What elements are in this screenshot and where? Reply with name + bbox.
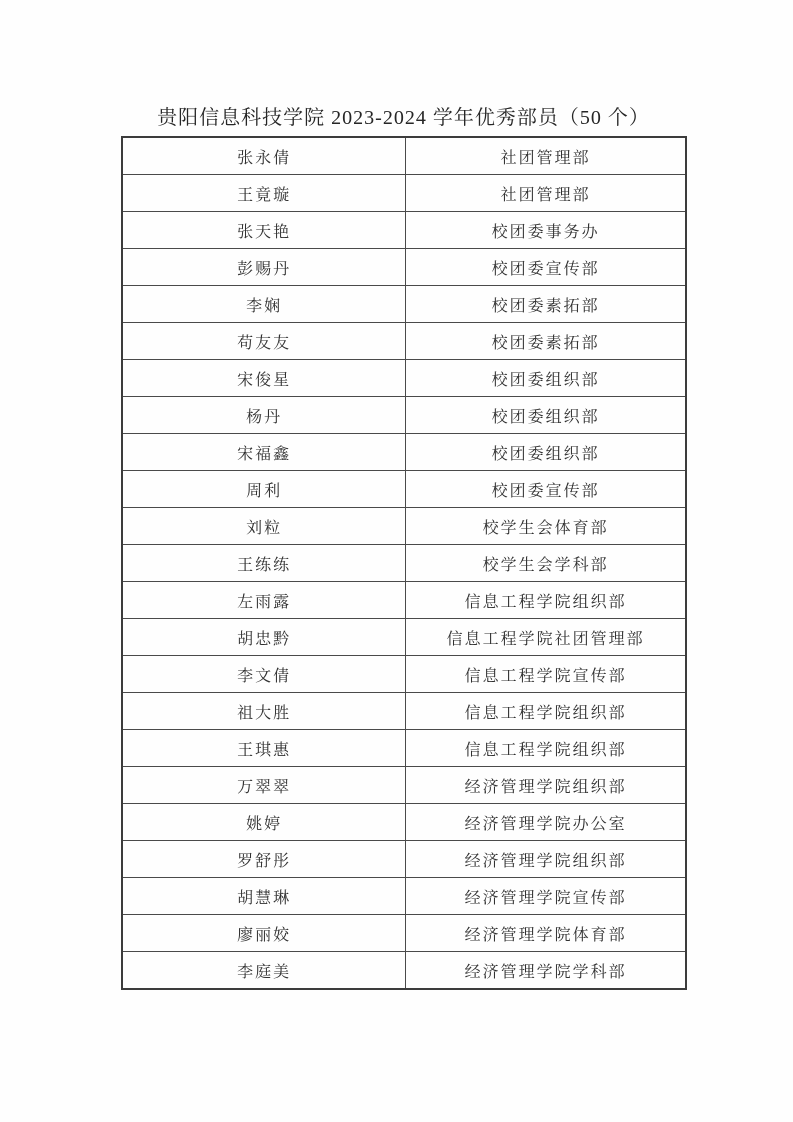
member-department-cell: 校学生会学科部 (406, 545, 686, 582)
table-row: 胡慧琳 经济管理学院宣传部 (122, 878, 686, 915)
member-department-cell: 校团委组织部 (406, 434, 686, 471)
member-name-cell: 李庭美 (122, 952, 406, 990)
member-department-cell: 经济管理学院学科部 (406, 952, 686, 990)
table-row: 万翠翠 经济管理学院组织部 (122, 767, 686, 804)
member-name-cell: 宋福鑫 (122, 434, 406, 471)
member-name-cell: 宋俊星 (122, 360, 406, 397)
member-name-cell: 罗舒彤 (122, 841, 406, 878)
member-department-cell: 社团管理部 (406, 137, 686, 175)
member-department-cell: 信息工程学院组织部 (406, 730, 686, 767)
member-department-cell: 校团委组织部 (406, 360, 686, 397)
table-row: 李文倩 信息工程学院宣传部 (122, 656, 686, 693)
member-department-cell: 社团管理部 (406, 175, 686, 212)
member-department-cell: 校团委宣传部 (406, 471, 686, 508)
member-department-cell: 校学生会体育部 (406, 508, 686, 545)
members-table: 张永倩 社团管理部 王竟璇 社团管理部 张天艳 校团委事务办 彭赐丹 校团委宣传… (121, 136, 687, 990)
member-name-cell: 王竟璇 (122, 175, 406, 212)
member-department-cell: 校团委组织部 (406, 397, 686, 434)
table-row: 廖丽姣 经济管理学院体育部 (122, 915, 686, 952)
member-name-cell: 姚婷 (122, 804, 406, 841)
document-title: 贵阳信息科技学院 2023-2024 学年优秀部员（50 个） (120, 101, 687, 130)
member-department-cell: 校团委宣传部 (406, 249, 686, 286)
member-department-cell: 经济管理学院组织部 (406, 767, 686, 804)
table-row: 苟友友 校团委素拓部 (122, 323, 686, 360)
member-department-cell: 校团委素拓部 (406, 323, 686, 360)
table-row: 李娴 校团委素拓部 (122, 286, 686, 323)
member-name-cell: 左雨露 (122, 582, 406, 619)
table-row: 张永倩 社团管理部 (122, 137, 686, 175)
table-row: 王竟璇 社团管理部 (122, 175, 686, 212)
member-name-cell: 彭赐丹 (122, 249, 406, 286)
table-row: 宋福鑫 校团委组织部 (122, 434, 686, 471)
member-name-cell: 周利 (122, 471, 406, 508)
member-name-cell: 李文倩 (122, 656, 406, 693)
member-department-cell: 信息工程学院组织部 (406, 582, 686, 619)
member-department-cell: 校团委事务办 (406, 212, 686, 249)
table-row: 刘粒 校学生会体育部 (122, 508, 686, 545)
table-row: 彭赐丹 校团委宣传部 (122, 249, 686, 286)
member-name-cell: 胡慧琳 (122, 878, 406, 915)
member-name-cell: 胡忠黔 (122, 619, 406, 656)
table-row: 周利 校团委宣传部 (122, 471, 686, 508)
table-row: 左雨露 信息工程学院组织部 (122, 582, 686, 619)
member-name-cell: 杨丹 (122, 397, 406, 434)
table-row: 祖大胜 信息工程学院组织部 (122, 693, 686, 730)
table-row: 王练练 校学生会学科部 (122, 545, 686, 582)
member-name-cell: 祖大胜 (122, 693, 406, 730)
table-row: 王琪惠 信息工程学院组织部 (122, 730, 686, 767)
member-department-cell: 信息工程学院宣传部 (406, 656, 686, 693)
document-page: 贵阳信息科技学院 2023-2024 学年优秀部员（50 个） 张永倩 社团管理… (0, 0, 793, 1122)
table-row: 张天艳 校团委事务办 (122, 212, 686, 249)
table-row: 宋俊星 校团委组织部 (122, 360, 686, 397)
member-name-cell: 张永倩 (122, 137, 406, 175)
member-department-cell: 信息工程学院社团管理部 (406, 619, 686, 656)
members-table-body: 张永倩 社团管理部 王竟璇 社团管理部 张天艳 校团委事务办 彭赐丹 校团委宣传… (122, 137, 686, 989)
member-name-cell: 王练练 (122, 545, 406, 582)
table-row: 罗舒彤 经济管理学院组织部 (122, 841, 686, 878)
member-name-cell: 万翠翠 (122, 767, 406, 804)
member-department-cell: 经济管理学院体育部 (406, 915, 686, 952)
member-name-cell: 李娴 (122, 286, 406, 323)
member-department-cell: 经济管理学院宣传部 (406, 878, 686, 915)
table-row: 姚婷 经济管理学院办公室 (122, 804, 686, 841)
table-row: 胡忠黔 信息工程学院社团管理部 (122, 619, 686, 656)
table-row: 杨丹 校团委组织部 (122, 397, 686, 434)
member-name-cell: 刘粒 (122, 508, 406, 545)
member-name-cell: 苟友友 (122, 323, 406, 360)
table-row: 李庭美 经济管理学院学科部 (122, 952, 686, 990)
member-name-cell: 廖丽姣 (122, 915, 406, 952)
member-department-cell: 校团委素拓部 (406, 286, 686, 323)
member-department-cell: 信息工程学院组织部 (406, 693, 686, 730)
member-name-cell: 张天艳 (122, 212, 406, 249)
member-department-cell: 经济管理学院办公室 (406, 804, 686, 841)
member-name-cell: 王琪惠 (122, 730, 406, 767)
member-department-cell: 经济管理学院组织部 (406, 841, 686, 878)
